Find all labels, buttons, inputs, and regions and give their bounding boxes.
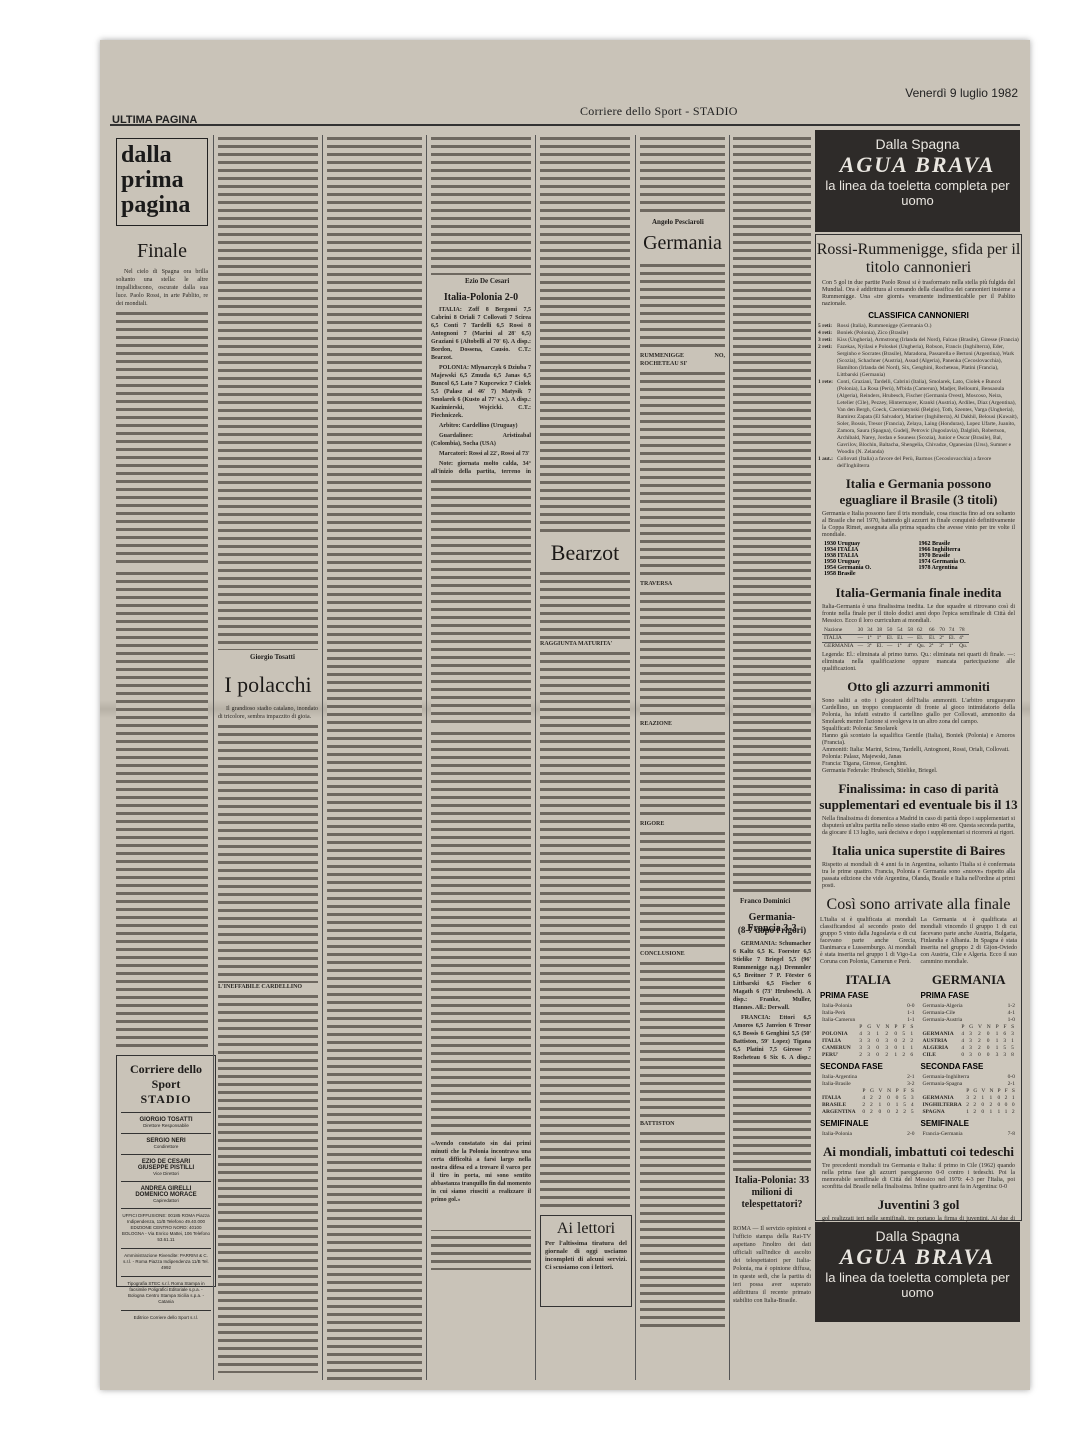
ammoniti-text: Sono saliti a otto i giocatori dell'Ital…: [816, 698, 1021, 726]
headline-cammino: Così sono arrivate alla finale: [816, 896, 1021, 914]
germania-francia-report: GERMANIA: Schumacher 6 Kaltz 6,5 K. Foer…: [733, 940, 811, 1060]
staff-box-title: STADIO: [117, 1092, 215, 1107]
paper-name: Corriere dello Sport - STADIO: [580, 104, 738, 119]
italia-title: ITALIA: [820, 972, 917, 988]
phase-results: Germania-Algeria1-2Germania-Cile4-1Germa…: [921, 1003, 1018, 1024]
precedenti-text: Tre precedenti mondiali tra Germania e I…: [816, 1163, 1021, 1191]
scorer-row: 1 rete:Conti, Graziani, Tardelli, Cabrin…: [816, 379, 1021, 456]
byline-de-cesari: Ezio De Cesari: [465, 277, 509, 285]
body-text: [431, 135, 531, 275]
history-row: ITALIA—1ª1ªEl.El.—El.El.2ªEl.4ª: [822, 635, 969, 643]
staff-block: GIORGIO TOSATTIDirettore Responsabile: [121, 1112, 211, 1128]
winner-item: [919, 571, 1014, 577]
headline-telespettatori: Italia-Polonia: 33 milioni di telespetta…: [733, 1175, 811, 1211]
scorers-table: 5 reti:Rossi (Italia), Rummenigge (Germa…: [816, 323, 1021, 470]
scorers: Marcatori: Rossi al 22', Rossi al 73': [431, 450, 531, 458]
tv-lead: ROMA — Il servizio opinioni e l'ufficio …: [733, 1225, 811, 1375]
path-columns: L'Italia si è qualificata ai mondiali cl…: [816, 917, 1021, 1138]
germania-body: RUMMENIGGE NO, ROCHETEAU SI' TRAVERSA RE…: [640, 262, 725, 1377]
winners-list: 1930 Uruguay1962 Brasile1934 ITALIA1966 …: [816, 539, 1021, 579]
staff-role: Condirettore: [121, 1144, 211, 1149]
phase-label: SEMIFINALE: [921, 1119, 1018, 1128]
phase-results: Francia-Germania7-8: [921, 1131, 1018, 1138]
headline-finale: Finale: [116, 240, 208, 263]
finalissima-text: Nella finalissima di domenica a Madrid i…: [816, 816, 1021, 837]
body-text: [640, 1130, 725, 1330]
italia-intro: L'Italia si è qualificata ai mondiali cl…: [820, 917, 917, 966]
body-text: [640, 960, 725, 1120]
body-text: [431, 478, 531, 728]
headline-lettori: Ai lettori: [541, 1220, 631, 1238]
standings-table: PGVNPFSGERMANIA4320163AUSTRIA4320131ALGE…: [921, 1024, 1018, 1059]
ad-brand: AGUA BRAVA: [815, 1244, 1020, 1270]
phase-results: Italia-Argentina2-1Italia-Brasile3-2: [820, 1074, 917, 1088]
headline-germania: Germania: [640, 232, 725, 255]
body-text: [640, 135, 725, 215]
body-text: [733, 1062, 811, 1172]
standings-table: PGVNPFSPOLONIA4312051ITALIA3303022CAMERU…: [820, 1024, 917, 1059]
headline-finalissima: Finalissima: in caso di parità supplemen…: [816, 781, 1021, 813]
winner-item: 1958 Brasile: [824, 571, 919, 577]
print-info: Tipografia STEC s.r.l. Roma Stampa in fa…: [121, 1276, 211, 1305]
booked-germania: Germania Federale: Hrubesch, Stielike, B…: [816, 768, 1021, 775]
byline-dominici: Franco Dominici: [740, 897, 790, 905]
booked-italia: Ammoniti: Italia: Marini, Scirea, Tardel…: [816, 747, 1021, 754]
staff-role: Direttore Responsabile: [121, 1123, 211, 1128]
germania-subhead: TRAVERSA: [640, 580, 725, 588]
body-text: [218, 135, 318, 650]
linesmen: Guardalinee: Aristizabal (Colombia), Soc…: [431, 432, 531, 448]
headline-cannonieri: Rossi-Rummenigge, sfida per il titolo ca…: [816, 241, 1021, 277]
body-text: [540, 570, 630, 1210]
polacchi-subhead: L'INEFFABILE CARDELLINO: [218, 983, 318, 991]
history-row: GERMANIA—3ªEl.—1ª4ªQu.2ª3ª1ªQu.: [822, 643, 969, 651]
body-text: [733, 135, 811, 895]
cannonieri-intro: Con 5 gol in due partite Paolo Rossi si …: [816, 280, 1021, 308]
ad-line2: la linea da toeletta completa per uomo: [815, 178, 1020, 208]
path-italia: L'Italia si è qualificata ai mondiali cl…: [820, 917, 917, 1138]
standings-table: PGVNPFSITALIA4220053BRASILE2210154ARGENT…: [820, 1088, 917, 1116]
phase-label: SECONDA FASE: [820, 1062, 917, 1071]
scorer-row: 1 aut.:Collovati (Italia) a favore del P…: [816, 456, 1021, 470]
headline-finale-inedita: Italia-Germania finale inedita: [816, 585, 1021, 601]
body-text: [218, 993, 318, 1373]
germania-intro: La Germania si è qualificata ai mondiali…: [921, 917, 1018, 966]
phase-results: Italia-Polonia2-0: [820, 1131, 917, 1138]
staff-box: Corriere dello Sport STADIO GIORGIO TOSA…: [116, 1055, 216, 1287]
germania-subhead: RUMMENIGGE NO, ROCHETEAU SI': [640, 352, 725, 368]
headline-bearzot: Bearzot: [540, 540, 630, 566]
cannonieri-table-title: CLASSIFICA CANNONIERI: [816, 311, 1021, 320]
staff-block: EZIO DE CESARIGIUSEPPE PISTILLIVice Dire…: [121, 1154, 211, 1176]
admin-info: Amministrazione Rivendite: PARRINI & C. …: [121, 1248, 211, 1271]
body-text: [640, 730, 725, 820]
masthead-rule: [110, 124, 1020, 126]
paper-logo: Corriere dello Sport: [117, 1062, 215, 1092]
ad-line1: Dalla Spagna: [815, 1228, 1020, 1244]
match-report: ITALIA: Zoff 8 Bergomi 7,5 Cabrini 8 Ori…: [431, 306, 531, 476]
column-rule: [729, 135, 730, 1380]
scorer-row: 2 reti:Fazekas, Nyilasi e Poloskei (Ungh…: [816, 344, 1021, 379]
booked-francia: Francia: Tigana, Giresse, Genghini.: [816, 761, 1021, 768]
body-text: [540, 135, 630, 535]
body-text: [640, 262, 725, 352]
column-rule: [322, 135, 323, 1380]
germania-title: GERMANIA: [921, 972, 1018, 988]
publisher-info: Editrice Corriere dello Sport s.r.l.: [121, 1310, 211, 1321]
germania-subhead: CONCLUSIONE: [640, 950, 725, 958]
column-rule: [426, 135, 427, 1380]
headline-precedenti: Ai mondiali, imbattuti coi tedeschi: [816, 1144, 1021, 1160]
byline-finale: Giorgio Tosatti: [250, 653, 295, 661]
body-text: [640, 590, 725, 720]
history-table: Nazione3034385054586266707478ITALIA—1ª1ª…: [822, 627, 969, 650]
sidebar-box: Rossi-Rummenigge, sfida per il titolo ca…: [815, 234, 1022, 1221]
lineup-italia: ITALIA: Zoff 8 Bergomi 7,5 Cabrini 8 Ori…: [431, 306, 531, 362]
headline-italia-polonia: Italia-Polonia 2-0: [431, 292, 531, 303]
referee: Arbitro: Cardellino (Uruguay): [431, 422, 531, 430]
headline-baires: Italia unica superstite di Baires: [816, 843, 1021, 859]
titoli-intro: Germania e Italia possono fare il tris m…: [816, 511, 1021, 539]
ad-line1: Dalla Spagna: [815, 136, 1020, 152]
readers-note-text: Per l'altissima tiratura del giornale di…: [541, 1238, 631, 1274]
germania-subhead: BATTISTON: [640, 1120, 725, 1128]
path-germania: La Germania si è qualificata ai mondiali…: [921, 917, 1018, 1138]
body-text: [116, 570, 208, 1048]
phase-label: PRIMA FASE: [820, 991, 917, 1000]
germania-subhead: RIGORE: [640, 820, 725, 828]
polacchi-body: Il grandioso stadio catalano, inondato d…: [218, 705, 318, 1380]
body-text: [640, 830, 725, 950]
italia-results: PRIMA FASEItalia-Polonia0-0Italia-Perù1-…: [820, 991, 917, 1138]
ad-agua-brava-top[interactable]: Dalla Spagna AGUA BRAVA la linea da toel…: [815, 130, 1020, 232]
booked-polonia: Polonia: Palasz, Majewski, Janas: [816, 754, 1021, 761]
germania-results: PRIMA FASEGermania-Algeria1-2Germania-Ci…: [921, 991, 1018, 1138]
column-rule: [213, 135, 214, 1380]
lineup-francia: FRANCIA: Ettori 6,5 Amoros 6,5 Janvion 6…: [733, 1014, 811, 1060]
scorer-row: 4 reti:Boniek (Polonia), Zico (Brasile): [816, 330, 1021, 337]
lineup-germania: GERMANIA: Schumacher 6 Kaltz 6,5 K. Foer…: [733, 940, 811, 1012]
body-text: [218, 723, 318, 983]
bearzot-quote: «Avendo constatato sin dai primi minuti …: [431, 1140, 531, 1230]
finale-lead-text: Nel cielo di Spagna ora brilla soltanto …: [116, 268, 208, 308]
staff-role: Vice Direttori: [121, 1171, 211, 1176]
staff-block: ANDREA GIRELLIDOMENICO MORACECapiredatto…: [121, 1181, 211, 1203]
ad-line2: la linea da toeletta completa per uomo: [815, 1270, 1020, 1300]
front-page-box: dalla prima pagina: [116, 138, 208, 226]
body-text: [327, 135, 422, 1380]
issue-date: Venerdì 9 luglio 1982: [905, 86, 1018, 100]
staff-role: Capiredattori: [121, 1198, 211, 1203]
phase-label: PRIMA FASE: [921, 991, 1018, 1000]
polacchi-excerpt: Il grandioso stadio catalano, inondato d…: [218, 705, 318, 721]
finale-inedita-intro: Italia-Germania è una finalissima inedit…: [816, 604, 1021, 625]
ad-agua-brava-bottom[interactable]: Dalla Spagna AGUA BRAVA la linea da toel…: [815, 1222, 1020, 1322]
phase-results: Italia-Polonia0-0Italia-Perù1-1Italia-Ca…: [820, 1003, 917, 1024]
finale-lead: Nel cielo di Spagna ora brilla soltanto …: [116, 268, 208, 568]
byline-pesciaroli: Angelo Pesciaroli: [652, 218, 704, 226]
match-notes: Note: giornata molto calda, 34° all'iniz…: [431, 460, 531, 476]
offices-info: UFFICI DIFFUSIONE: 00185 ROMA Piazza Ind…: [121, 1208, 211, 1243]
readers-note-box: Ai lettori Per l'altissima tiratura del …: [540, 1215, 632, 1307]
phase-label: SEMIFINALE: [820, 1119, 917, 1128]
headline-juventini: Juventini 3 gol: [816, 1197, 1021, 1213]
germania-subhead: REAZIONE: [640, 720, 725, 728]
scorer-row: 3 reti:Kiss (Ungheria), Armstrong (Irlan…: [816, 337, 1021, 344]
history-row: Nazione3034385054586266707478: [822, 627, 969, 635]
phase-label: SECONDA FASE: [921, 1062, 1018, 1071]
body-text: [116, 310, 208, 566]
body-text: [640, 370, 725, 580]
masthead: ULTIMA PAGINA Corriere dello Sport - STA…: [110, 84, 1020, 116]
bearzot-subhead: RAGGIUNTA MATURITA': [540, 640, 630, 648]
subtitle-rigori: (8-7 dopo i rigori): [733, 925, 811, 935]
ad-brand: AGUA BRAVA: [815, 152, 1020, 178]
column-rule: [535, 135, 536, 1380]
baires-text: Rispetto ai mondiali di 4 anni fa in Arg…: [816, 862, 1021, 890]
column-rule: [635, 135, 636, 1380]
served: Hanno già scontato la squalifica Gentile…: [816, 733, 1021, 747]
staff-block: SERGIO NERICondirettore: [121, 1133, 211, 1149]
standings-table: PGVNPFSGERMANIA3211021INGHILTERRA2202000…: [921, 1088, 1018, 1116]
history-legend: Legenda: El.: eliminata al primo turno. …: [816, 652, 1021, 673]
suspended: Squalificati: Polonia: Smolarek: [816, 726, 1021, 733]
headline-ammoniti: Otto gli azzurri ammoniti: [816, 679, 1021, 695]
phase-results: Germania-Inghilterra0-0Germania-Spagna2-…: [921, 1074, 1018, 1088]
headline-titoli: Italia e Germania possono eguagliare il …: [816, 476, 1021, 508]
scorer-row: 5 reti:Rossi (Italia), Rummenigge (Germa…: [816, 323, 1021, 330]
headline-polacchi: I polacchi: [218, 672, 318, 698]
lineup-polonia: POLONIA: Mlynarczyk 6 Dziuba 7 Majewski …: [431, 364, 531, 420]
